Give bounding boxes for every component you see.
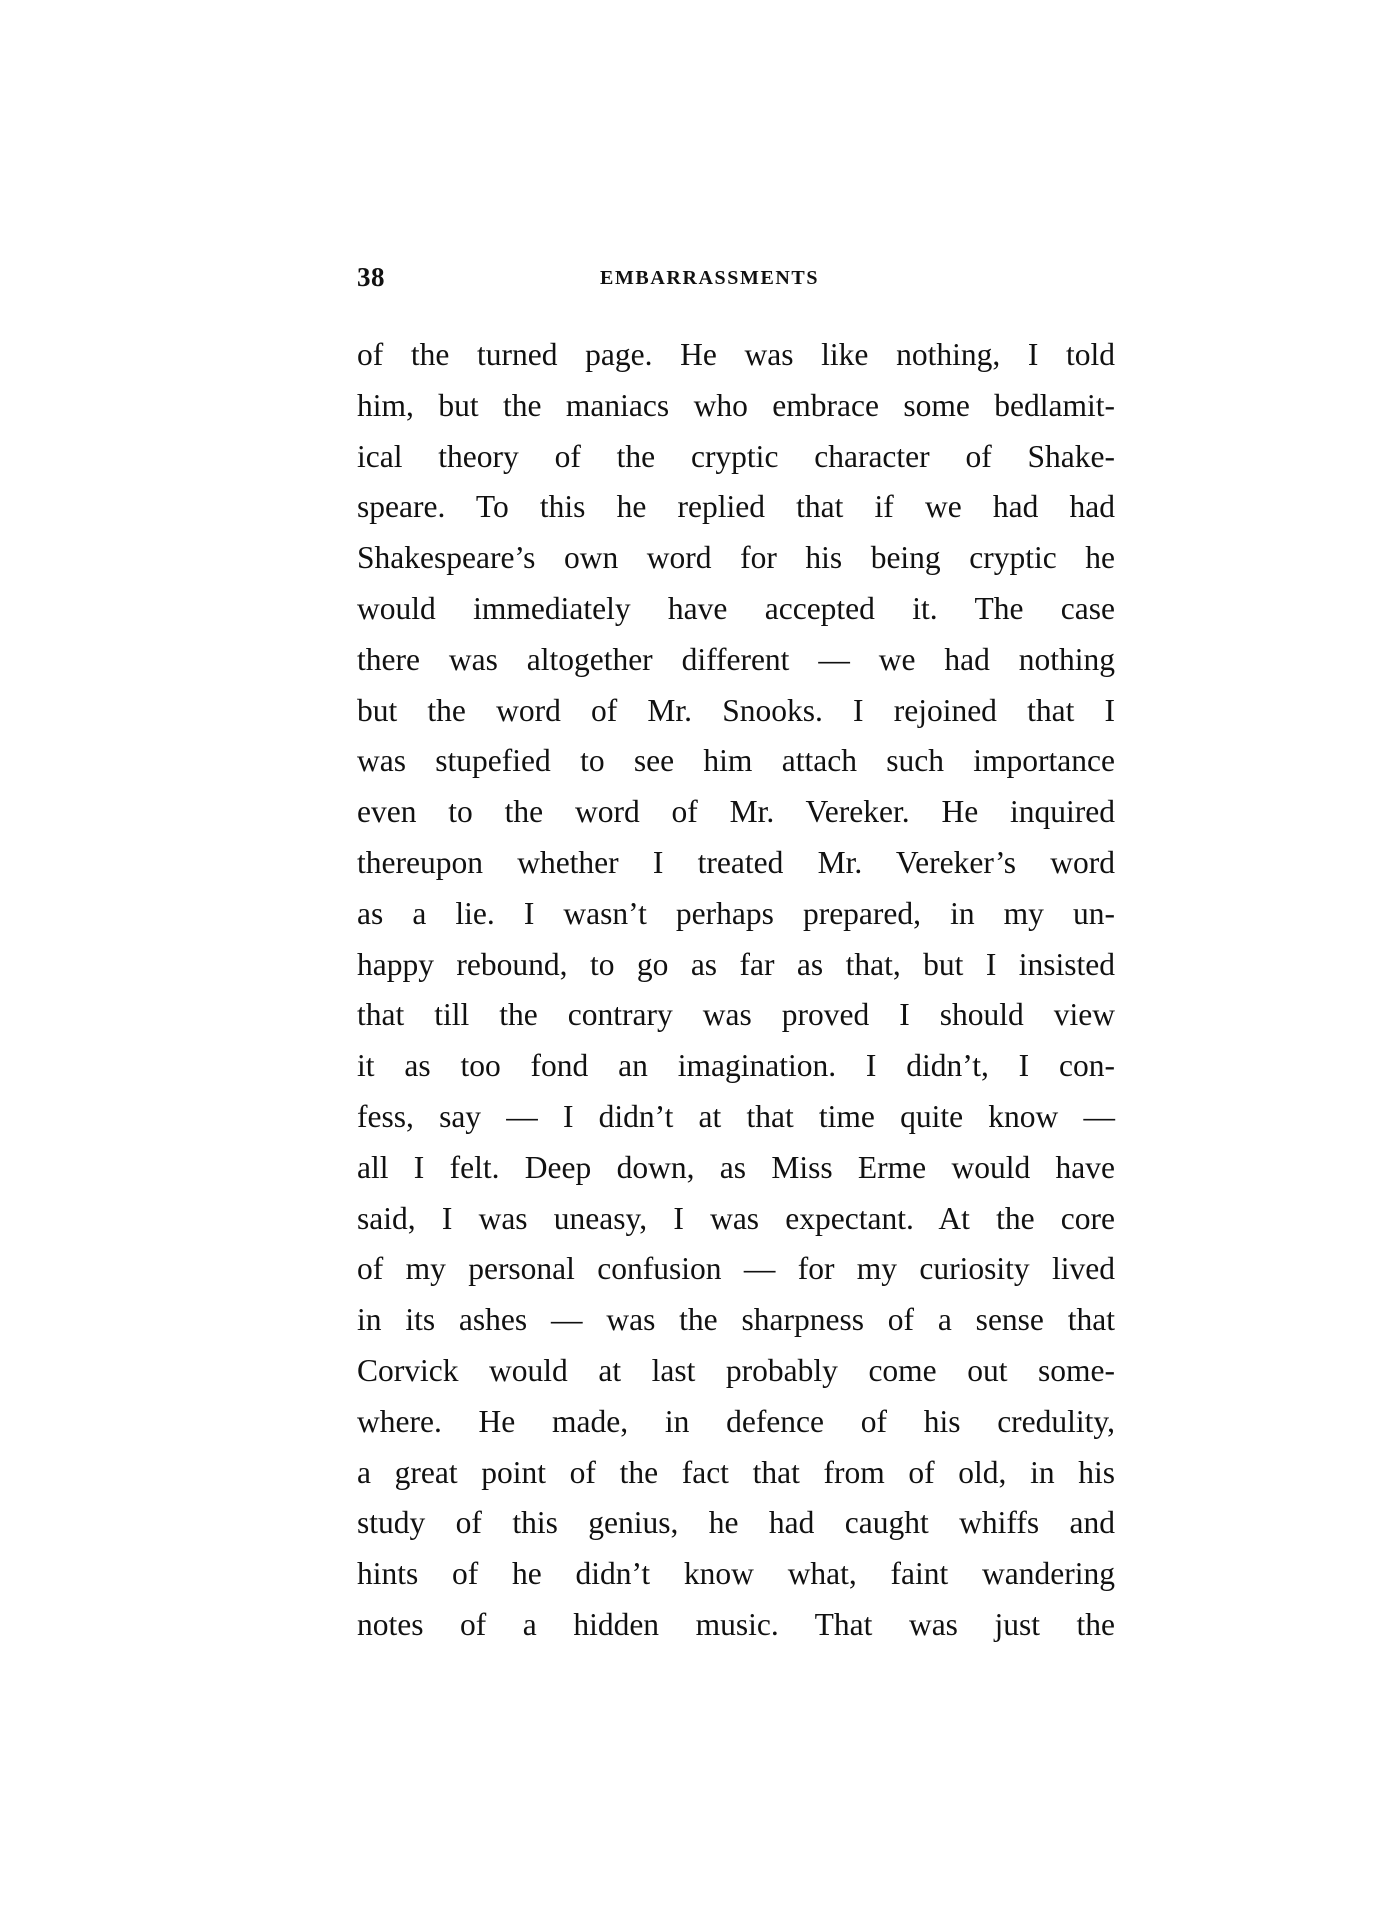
text-line: that till the contrary was proved I shou… bbox=[357, 990, 1115, 1041]
text-line: fess, say — I didn’t at that time quite … bbox=[357, 1092, 1115, 1143]
book-page: 38 EMBARRASSMENTS of the turned page. He… bbox=[0, 0, 1373, 1923]
text-line: speare. To this he replied that if we ha… bbox=[357, 482, 1115, 533]
text-line: there was altogether different — we had … bbox=[357, 635, 1115, 686]
text-line: all I felt. Deep down, as Miss Erme woul… bbox=[357, 1143, 1115, 1194]
text-line: him, but the maniacs who embrace some be… bbox=[357, 381, 1115, 432]
text-line: notes of a hidden music. That was just t… bbox=[357, 1600, 1115, 1651]
running-title: EMBARRASSMENTS bbox=[600, 265, 819, 291]
page-number: 38 bbox=[357, 262, 385, 292]
text-line: even to the word of Mr. Vereker. He inqu… bbox=[357, 787, 1115, 838]
running-head: 38 EMBARRASSMENTS bbox=[357, 262, 1115, 292]
text-line: said, I was uneasy, I was expectant. At … bbox=[357, 1194, 1115, 1245]
text-line: hints of he didn’t know what, faint wand… bbox=[357, 1549, 1115, 1600]
text-line: Shakespeare’s own word for his being cry… bbox=[357, 533, 1115, 584]
text-line: happy rebound, to go as far as that, but… bbox=[357, 940, 1115, 991]
body-text: of the turned page. He was like nothing,… bbox=[357, 330, 1115, 1651]
text-line: was stupefied to see him attach such imp… bbox=[357, 736, 1115, 787]
text-line: would immediately have accepted it. The … bbox=[357, 584, 1115, 635]
text-line: where. He made, in defence of his credul… bbox=[357, 1397, 1115, 1448]
text-line: thereupon whether I treated Mr. Vereker’… bbox=[357, 838, 1115, 889]
text-line: of the turned page. He was like nothing,… bbox=[357, 330, 1115, 381]
text-line: but the word of Mr. Snooks. I rejoined t… bbox=[357, 686, 1115, 737]
text-line: a great point of the fact that from of o… bbox=[357, 1448, 1115, 1499]
text-line: of my personal confusion — for my curios… bbox=[357, 1244, 1115, 1295]
text-line: it as too fond an imagination. I didn’t,… bbox=[357, 1041, 1115, 1092]
text-line: Corvick would at last probably come out … bbox=[357, 1346, 1115, 1397]
text-line: as a lie. I wasn’t perhaps prepared, in … bbox=[357, 889, 1115, 940]
text-line: in its ashes — was the sharpness of a se… bbox=[357, 1295, 1115, 1346]
text-line: study of this genius, he had caught whif… bbox=[357, 1498, 1115, 1549]
text-line: ical theory of the cryptic character of … bbox=[357, 432, 1115, 483]
